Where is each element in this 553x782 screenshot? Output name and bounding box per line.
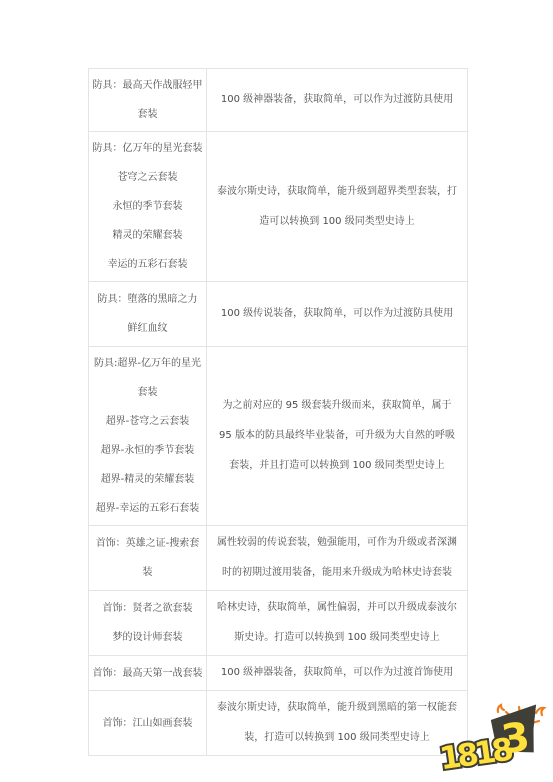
set-name-cell: 首饰：最高天第一战套装 xyxy=(89,656,207,690)
set-desc-cell: 泰波尔斯史诗，获取简单，能升级到黑暗的第一权能套装，打造可以转换到 100 级同… xyxy=(207,691,467,755)
set-name-cell: 防具：最高天作战服轻甲套装 xyxy=(89,69,207,131)
set-desc-cell: 泰波尔斯史诗，获取简单，能升级到超界类型套装，打造可以转换到 100 级同类型史… xyxy=(207,132,467,281)
set-name-line: 防具:超界-亿万年的星光套装 xyxy=(92,349,203,407)
set-desc-cell: 属性较弱的传说套装，勉强能用，可作为升级或者深渊时的初期过渡用装备，能用来升级成… xyxy=(207,526,467,590)
set-name-line: 超界-苍穹之云套装 xyxy=(92,407,203,436)
set-desc-cell: 100 级传说装备，获取简单，可以作为过渡防具使用 xyxy=(207,282,467,346)
set-desc-cell: 100 级神器装备，获取简单，可以作为过渡防具使用 xyxy=(207,69,467,131)
set-name-line: 防具：堕落的黑暗之力 xyxy=(92,285,203,314)
set-name-line: 超界-幸运的五彩石套装 xyxy=(92,494,203,523)
table-row: 防具：亿万年的星光套装 苍穹之云套装 永恒的季节套装 精灵的荣耀套装 幸运的五彩… xyxy=(89,132,467,282)
set-desc-text: 100 级神器装备，获取简单，可以作为过渡防具使用 xyxy=(221,85,453,115)
18183-logo: 1818 3 xyxy=(435,702,551,782)
set-desc-text: 属性较弱的传说套装，勉强能用，可作为升级或者深渊时的初期过渡用装备，能用来升级成… xyxy=(217,528,457,588)
set-desc-cell: 为之前对应的 95 级套装升级而来，获取简单，属于 95 版本的防具最终毕业装备… xyxy=(207,347,467,525)
set-name-line: 防具：亿万年的星光套装 xyxy=(92,134,203,163)
set-name-line: 首饰：贤者之欲套装 xyxy=(92,594,203,623)
table-row: 防具:超界-亿万年的星光套装 超界-苍穹之云套装 超界-永恒的季节套装 超界-精… xyxy=(89,347,467,526)
set-name-line: 梦的设计师套装 xyxy=(92,623,203,652)
set-name-cell: 首饰：江山如画套装 xyxy=(89,691,207,755)
set-name-line: 防具：最高天作战服轻甲套装 xyxy=(92,71,203,129)
table-row: 首饰：贤者之欲套装 梦的设计师套装 哈林史诗，获取简单，属性偏弱，并可以升级成泰… xyxy=(89,591,467,656)
set-desc-text: 100 级神器装备，获取简单，可以作为过渡首饰使用 xyxy=(221,658,453,688)
set-name-line: 精灵的荣耀套装 xyxy=(92,221,203,250)
set-desc-text: 哈林史诗，获取简单，属性偏弱，并可以升级成泰波尔斯史诗。打造可以转换到 100 … xyxy=(217,593,457,653)
set-name-cell: 首饰：贤者之欲套装 梦的设计师套装 xyxy=(89,591,207,655)
table-row: 首饰：英雄之证-搜索套装 属性较弱的传说套装，勉强能用，可作为升级或者深渊时的初… xyxy=(89,526,467,591)
table-row: 首饰：江山如画套装 泰波尔斯史诗，获取简单，能升级到黑暗的第一权能套装，打造可以… xyxy=(89,691,467,755)
table-row: 防具：堕落的黑暗之力 鲜红血纹 100 级传说装备，获取简单，可以作为过渡防具使… xyxy=(89,282,467,347)
table-row: 防具：最高天作战服轻甲套装 100 级神器装备，获取简单，可以作为过渡防具使用 xyxy=(89,69,467,132)
set-name-line: 幸运的五彩石套装 xyxy=(92,250,203,279)
set-name-line: 永恒的季节套装 xyxy=(92,192,203,221)
set-name-cell: 防具:超界-亿万年的星光套装 超界-苍穹之云套装 超界-永恒的季节套装 超界-精… xyxy=(89,347,207,525)
set-name-line: 首饰：江山如画套装 xyxy=(92,709,203,738)
table-row: 首饰：最高天第一战套装 100 级神器装备，获取简单，可以作为过渡首饰使用 xyxy=(89,656,467,691)
set-desc-text: 为之前对应的 95 级套装升级而来，获取简单，属于 95 版本的防具最终毕业装备… xyxy=(217,391,457,481)
set-name-line: 超界-永恒的季节套装 xyxy=(92,436,203,465)
set-name-line: 苍穹之云套装 xyxy=(92,163,203,192)
set-name-line: 超界-精灵的荣耀套装 xyxy=(92,465,203,494)
set-name-line: 首饰：最高天第一战套装 xyxy=(92,659,203,688)
set-name-cell: 首饰：英雄之证-搜索套装 xyxy=(89,526,207,590)
set-name-cell: 防具：亿万年的星光套装 苍穹之云套装 永恒的季节套装 精灵的荣耀套装 幸运的五彩… xyxy=(89,132,207,281)
set-desc-cell: 100 级神器装备，获取简单，可以作为过渡首饰使用 xyxy=(207,656,467,690)
set-desc-text: 100 级传说装备，获取简单，可以作为过渡防具使用 xyxy=(221,299,453,329)
set-desc-text: 泰波尔斯史诗，获取简单，能升级到黑暗的第一权能套装，打造可以转换到 100 级同… xyxy=(217,693,457,753)
equipment-table: 防具：最高天作战服轻甲套装 100 级神器装备，获取简单，可以作为过渡防具使用 … xyxy=(88,68,468,756)
set-desc-cell: 哈林史诗，获取简单，属性偏弱，并可以升级成泰波尔斯史诗。打造可以转换到 100 … xyxy=(207,591,467,655)
logo-text-group: 1818 3 xyxy=(435,705,544,778)
set-name-cell: 防具：堕落的黑暗之力 鲜红血纹 xyxy=(89,282,207,346)
set-desc-text: 泰波尔斯史诗，获取简单，能升级到超界类型套装，打造可以转换到 100 级同类型史… xyxy=(217,177,457,237)
set-name-line: 鲜红血纹 xyxy=(92,314,203,343)
set-name-line: 首饰：英雄之证-搜索套装 xyxy=(92,529,203,587)
